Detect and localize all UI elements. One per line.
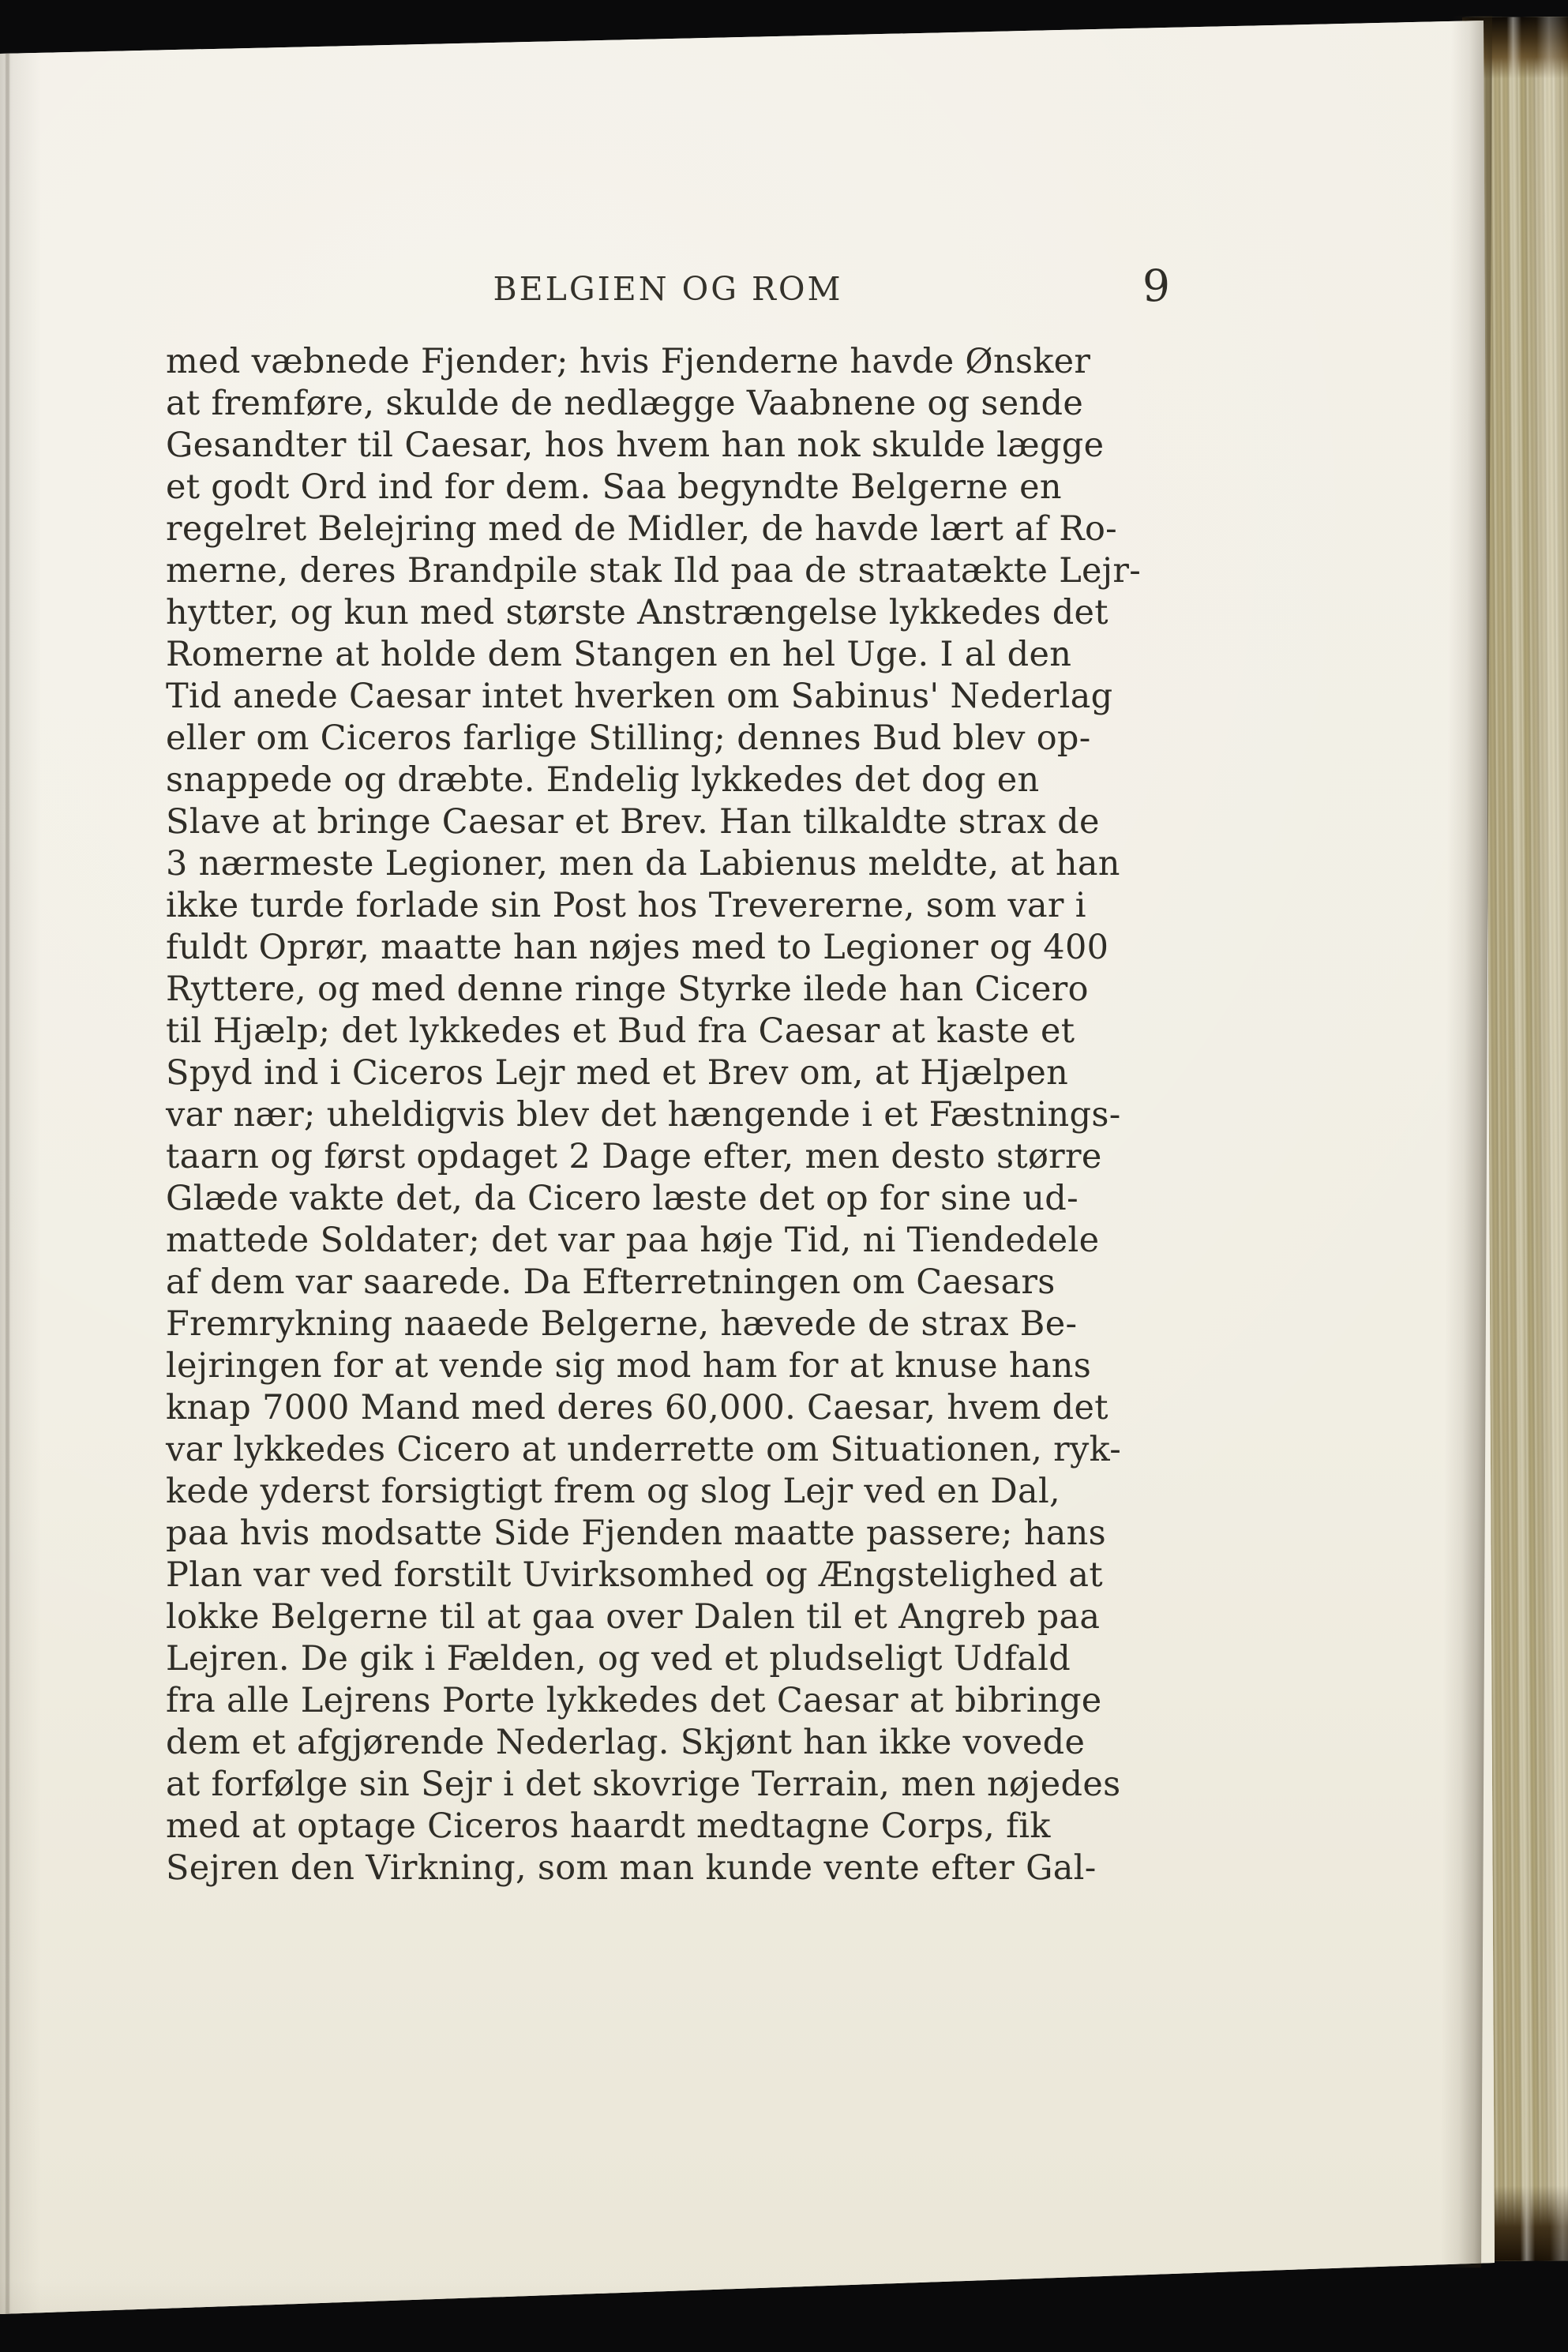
text-line: at forfølge sin Sejr i det skovrige Terr… [166, 1764, 1170, 1806]
text-line: et godt Ord ind for dem. Saa begyndte Be… [166, 467, 1170, 508]
text-line: var lykkedes Cicero at underrette om Sit… [166, 1429, 1170, 1471]
text-line: med at optage Ciceros haardt medtagne Co… [166, 1806, 1170, 1847]
running-header: BELGIEN OG ROM 9 [166, 273, 1170, 306]
body-text: med væbnede Fjender; hvis Fjenderne havd… [166, 341, 1170, 1889]
text-line: Lejren. De gik i Fælden, og ved et pluds… [166, 1638, 1170, 1680]
page-number: 9 [1142, 264, 1170, 308]
text-line: regelret Belejring med de Midler, de hav… [166, 508, 1170, 550]
text-line: af dem var saarede. Da Efterretningen om… [166, 1262, 1170, 1304]
text-line: Slave at bringe Caesar et Brev. Han tilk… [166, 801, 1170, 843]
text-line: Plan var ved forstilt Uvirksomhed og Æng… [166, 1555, 1170, 1596]
text-line: 3 nærmeste Legioner, men da Labienus mel… [166, 843, 1170, 885]
text-line: ikke turde forlade sin Post hos Treverer… [166, 885, 1170, 927]
text-line: dem et afgjørende Nederlag. Skjønt han i… [166, 1722, 1170, 1764]
text-line: med væbnede Fjender; hvis Fjenderne havd… [166, 341, 1170, 383]
text-line: lokke Belgerne til at gaa over Dalen til… [166, 1596, 1170, 1638]
text-line: Sejren den Virkning, som man kunde vente… [166, 1847, 1170, 1889]
text-line: til Hjælp; det lykkedes et Bud fra Caesa… [166, 1011, 1170, 1052]
page-header-title: BELGIEN OG ROM [493, 270, 843, 308]
text-line: mattede Soldater; det var paa høje Tid, … [166, 1220, 1170, 1262]
text-line: at fremføre, skulde de nedlægge Vaabnene… [166, 383, 1170, 425]
text-line: kede yderst forsigtigt frem og slog Lejr… [166, 1471, 1170, 1513]
text-line: lejringen for at vende sig mod ham for a… [166, 1345, 1170, 1387]
text-line: snappede og dræbte. Endelig lykkedes det… [166, 760, 1170, 801]
text-line: paa hvis modsatte Side Fjenden maatte pa… [166, 1513, 1170, 1555]
text-line: Spyd ind i Ciceros Lejr med et Brev om, … [166, 1052, 1170, 1094]
text-line: Ryttere, og med denne ringe Styrke ilede… [166, 969, 1170, 1011]
text-line: var nær; uheldigvis blev det hængende i … [166, 1094, 1170, 1136]
text-line: Tid anede Caesar intet hverken om Sabinu… [166, 676, 1170, 718]
text-line: taarn og først opdaget 2 Dage efter, men… [166, 1136, 1170, 1178]
book-photo: BELGIEN OG ROM 9 med væbnede Fjender; hv… [0, 0, 1568, 2352]
text-line: Glæde vakte det, da Cicero læste det op … [166, 1178, 1170, 1220]
text-line: Romerne at holde dem Stangen en hel Uge.… [166, 634, 1170, 676]
text-line: Gesandter til Caesar, hos hvem han nok s… [166, 425, 1170, 467]
text-line: merne, deres Brandpile stak Ild paa de s… [166, 550, 1170, 592]
text-line: fra alle Lejrens Porte lykkedes det Caes… [166, 1680, 1170, 1722]
text-line: knap 7000 Mand med deres 60,000. Caesar,… [166, 1387, 1170, 1429]
book-page: BELGIEN OG ROM 9 med væbnede Fjender; hv… [0, 0, 1568, 2352]
text-line: hytter, og kun med største Anstrængelse … [166, 592, 1170, 634]
text-line: Fremrykning naaede Belgerne, hævede de s… [166, 1304, 1170, 1345]
text-line: fuldt Oprør, maatte han nøjes med to Leg… [166, 927, 1170, 969]
text-line: eller om Ciceros farlige Stilling; denne… [166, 718, 1170, 760]
